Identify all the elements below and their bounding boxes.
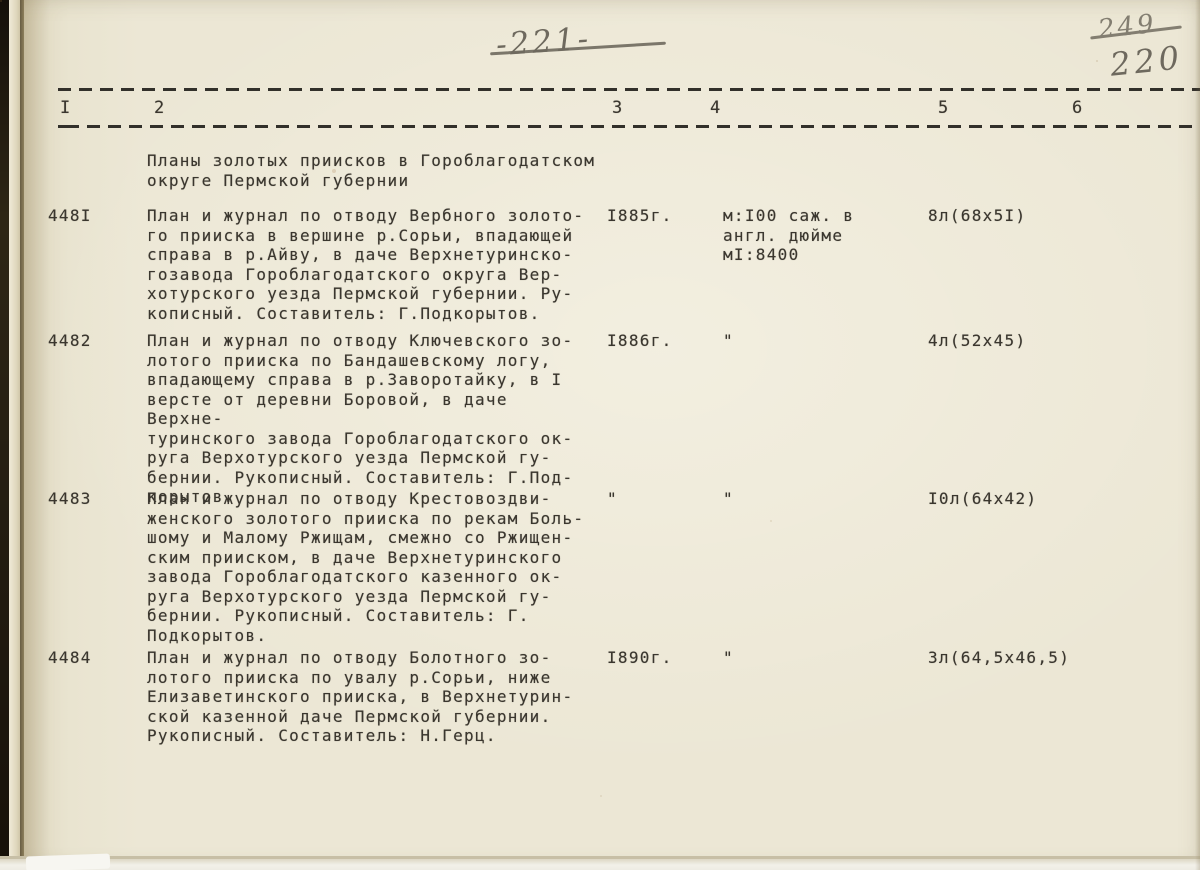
handwritten-page-number-struck: -221- [495, 21, 592, 64]
entry-description: План и журнал по отводу Крестовоздви- же… [147, 489, 592, 645]
handwritten-old-page-number-struck: 249 [1097, 9, 1158, 45]
entry-number: 4483 [48, 489, 92, 509]
entry-description: План и журнал по отводу Болотного зо- ло… [147, 648, 592, 746]
entry-date: I890г. [607, 648, 673, 668]
entry-date: I886г. [607, 331, 673, 351]
column-number-5: 5 [938, 98, 948, 118]
entry-date-ditto-mark: " [607, 489, 618, 509]
scanner-bottom-band [0, 859, 1200, 870]
column-number-6: 6 [1072, 98, 1082, 118]
column-number-3: 3 [612, 98, 622, 118]
entry-description: План и журнал по отводу Ключевского зо- … [147, 331, 592, 507]
page-curvature-shadow [24, 0, 50, 870]
entry-sheets: I0л(64х42) [928, 489, 1037, 509]
entry-scale-ditto-mark: " [723, 648, 883, 668]
entry-scale: м:I00 саж. в англ. дюйме мI:8400 [723, 206, 883, 265]
page-corner-highlight [26, 854, 110, 870]
entry-date: I885г. [607, 206, 673, 226]
column-number-1: I [60, 98, 70, 118]
entry-number: 4482 [48, 331, 92, 351]
handwritten-current-page-number: 220 [1108, 38, 1185, 83]
binding-dark-edge [0, 0, 9, 870]
column-number-4: 4 [710, 98, 720, 118]
entry-sheets: 8л(68х5I) [928, 206, 1026, 226]
entry-number: 4484 [48, 648, 92, 668]
archive-document-page: -221- 249 220 I 2 3 4 5 6 Планы золотых … [0, 0, 1200, 870]
table-divider-bottom [58, 125, 1200, 128]
entry-number: 448I [48, 206, 92, 226]
table-divider-top [58, 88, 1200, 91]
paper-specks [0, 0, 2, 2]
entry-description: План и журнал по отводу Вербного золото-… [147, 206, 592, 323]
entry-scale-ditto-mark: " [723, 489, 883, 509]
section-heading: Планы золотых приисков в Гороблагодатско… [147, 151, 627, 190]
entry-scale-ditto-mark: " [723, 331, 883, 351]
page-right-shadow [1195, 0, 1200, 870]
entry-sheets: 4л(52х45) [928, 331, 1026, 351]
column-number-2: 2 [154, 98, 164, 118]
page-stack-edge [9, 0, 20, 870]
entry-sheets: 3л(64,5х46,5) [928, 648, 1070, 668]
